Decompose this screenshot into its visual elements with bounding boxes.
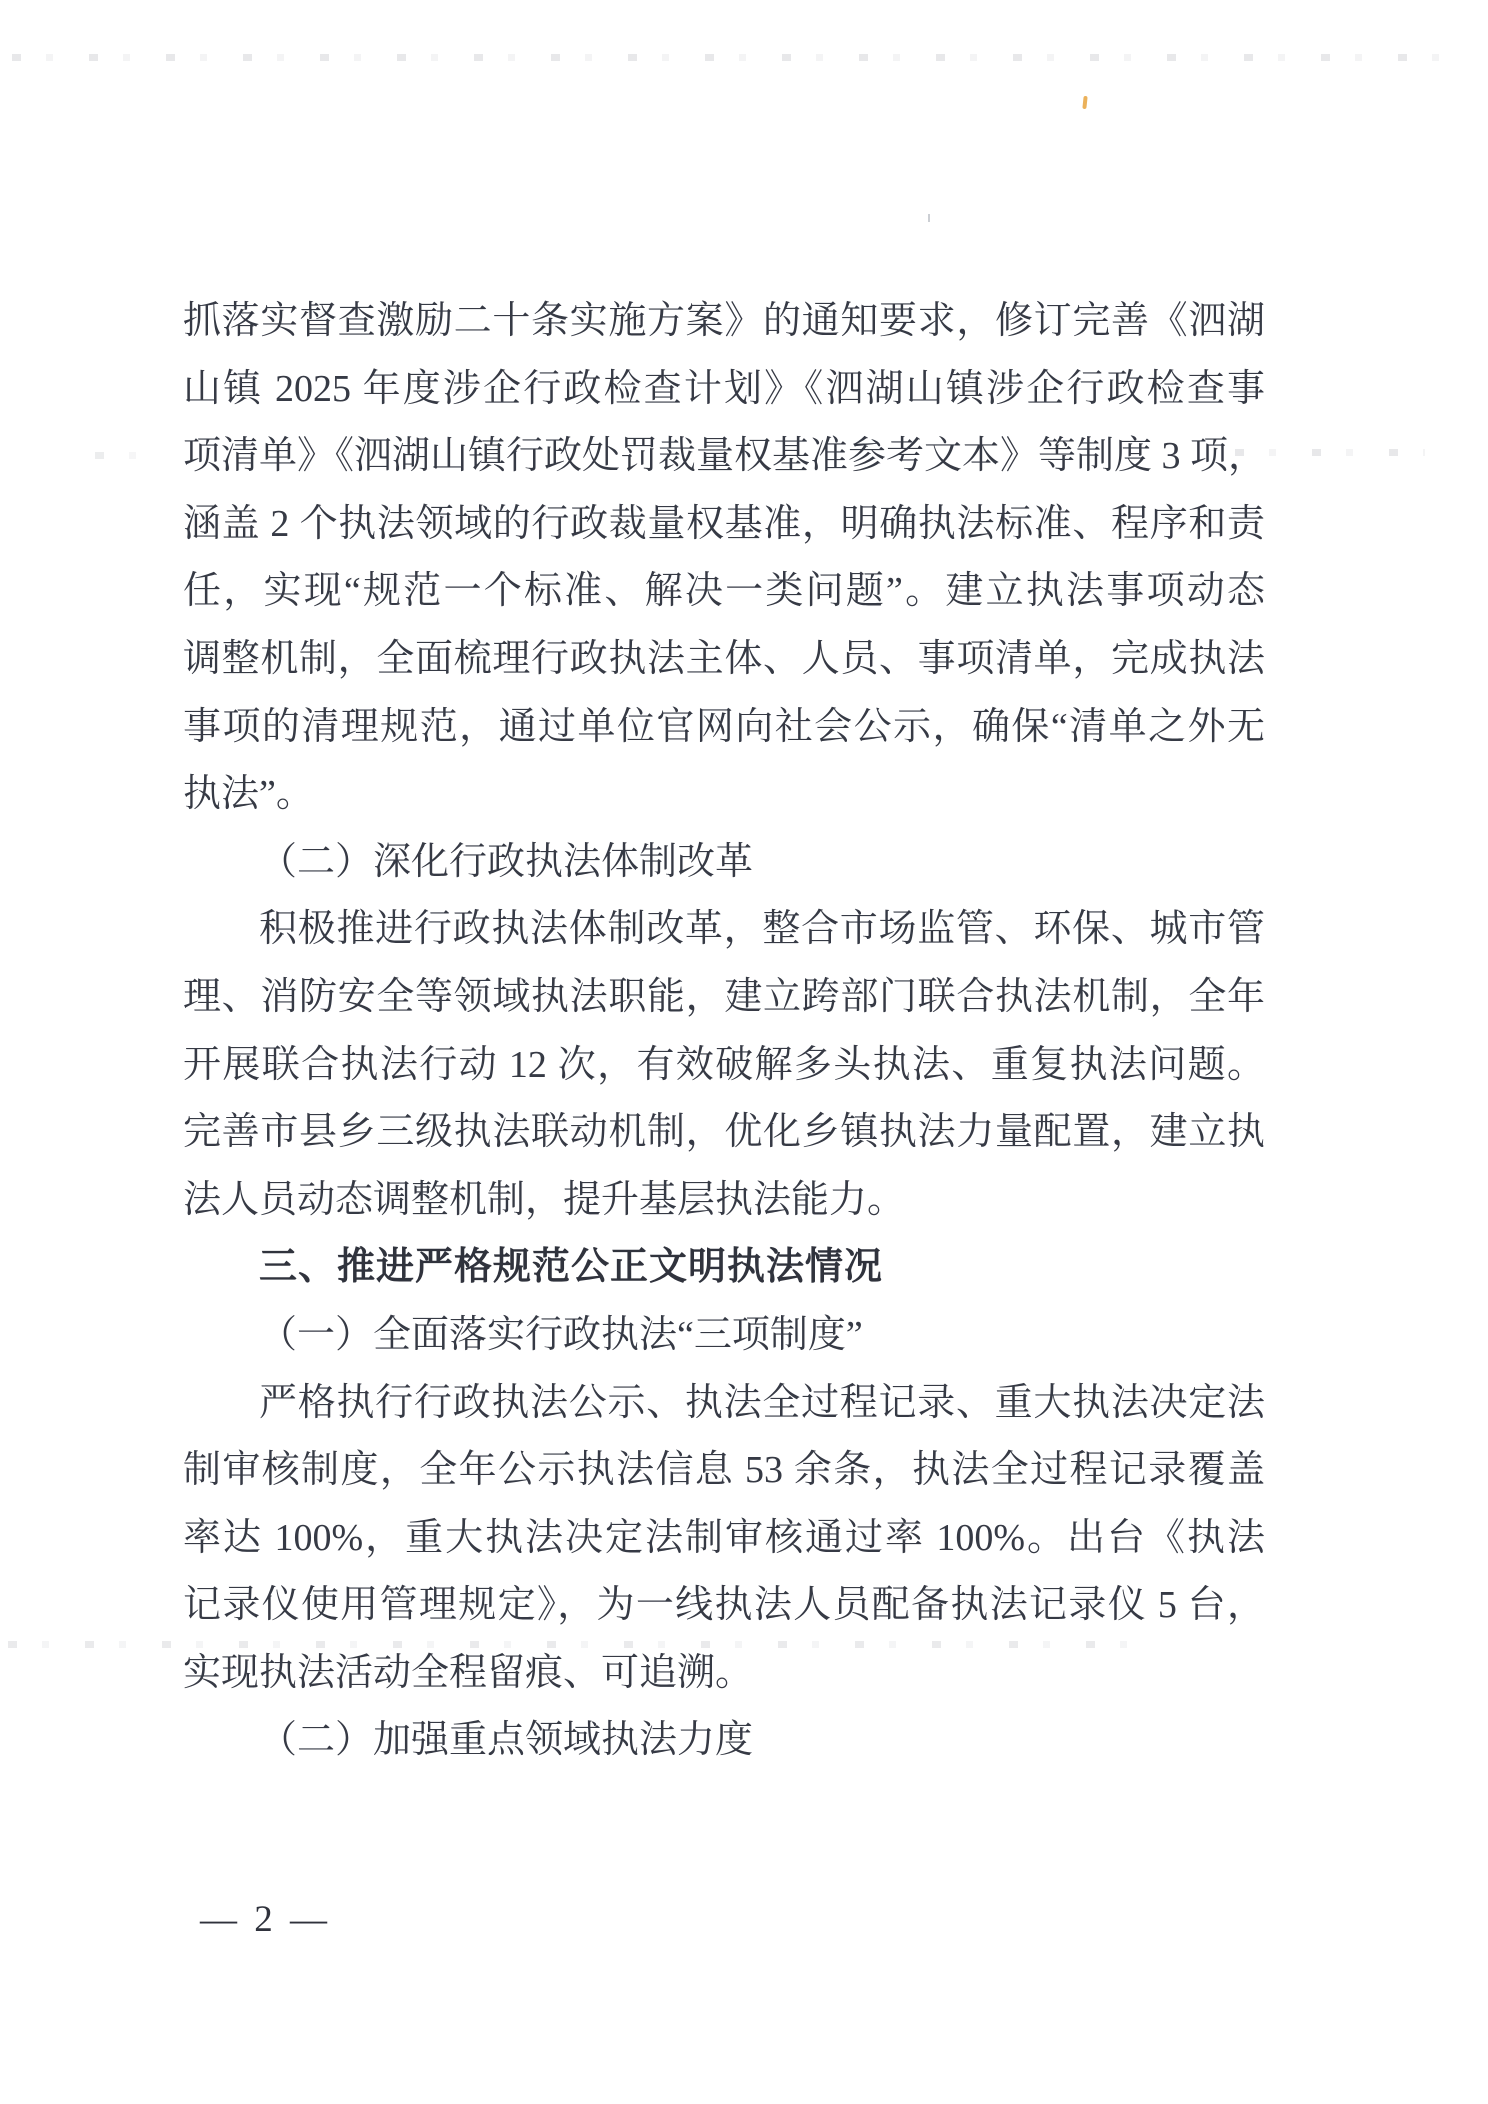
text-line: 理、消防安全等领域执法职能，建立跨部门联合执法机制，全年 — [183, 964, 1265, 1032]
text-line: 抓落实督查激励二十条实施方案》的通知要求，修订完善《泗湖 — [183, 288, 1265, 356]
text-line: 完善市县乡三级执法联动机制，优化乡镇执法力量配置，建立执 — [183, 1099, 1265, 1167]
text-line: 涵盖 2 个执法领域的行政裁量权基准，明确执法标准、程序和责 — [183, 491, 1265, 559]
page-number: — 2 — — [200, 1898, 331, 1941]
text-line: 事项的清理规范，通过单位官网向社会公示，确保“清单之外无 — [183, 694, 1265, 762]
document-body: 抓落实督查激励二十条实施方案》的通知要求，修订完善《泗湖 山镇 2025 年度涉… — [183, 288, 1265, 1775]
scan-noise-band-top — [12, 54, 1472, 61]
section-heading-2-1: （二）深化行政执法体制改革 — [183, 829, 1265, 897]
section-heading-1: （一）全面落实行政执法“三项制度” — [183, 1302, 1265, 1370]
text-line: 山镇 2025 年度涉企行政检查计划》《泗湖山镇涉企行政检查事 — [183, 356, 1265, 424]
scan-noise-left-margin — [95, 452, 165, 459]
text-line: 法人员动态调整机制，提升基层执法能力。 — [183, 1167, 1265, 1235]
text-line: 严格执行行政执法公示、执法全过程记录、重大执法决定法 — [183, 1370, 1265, 1438]
scanned-document-page: 抓落实督查激励二十条实施方案》的通知要求，修订完善《泗湖 山镇 2025 年度涉… — [0, 0, 1488, 2104]
scan-speck-gray — [928, 214, 930, 222]
text-line: 记录仪使用管理规定》，为一线执法人员配备执法记录仪 5 台， — [183, 1572, 1265, 1640]
section-heading-2-2: （二）加强重点领域执法力度 — [183, 1707, 1265, 1775]
text-line: 实现执法活动全程留痕、可追溯。 — [183, 1640, 1265, 1708]
text-line: 率达 100%，重大执法决定法制审核通过率 100%。出台《执法 — [183, 1505, 1265, 1573]
text-line: 开展联合执法行动 12 次，有效破解多头执法、重复执法问题。 — [183, 1032, 1265, 1100]
chapter-heading-3: 三、推进严格规范公正文明执法情况 — [183, 1234, 1265, 1302]
text-line: 执法”。 — [183, 761, 1265, 829]
text-line: 调整机制，全面梳理行政执法主体、人员、事项清单，完成执法 — [183, 626, 1265, 694]
text-line: 任，实现“规范一个标准、解决一类问题”。建立执法事项动态 — [183, 558, 1265, 626]
scan-speck-orange — [1082, 96, 1087, 109]
text-line: 项清单》《泗湖山镇行政处罚裁量权基准参考文本》等制度 3 项， — [183, 423, 1265, 491]
text-line: 积极推进行政执法体制改革，整合市场监管、环保、城市管 — [183, 896, 1265, 964]
text-line: 制审核制度，全年公示执法信息 53 余条，执法全过程记录覆盖 — [183, 1437, 1265, 1505]
